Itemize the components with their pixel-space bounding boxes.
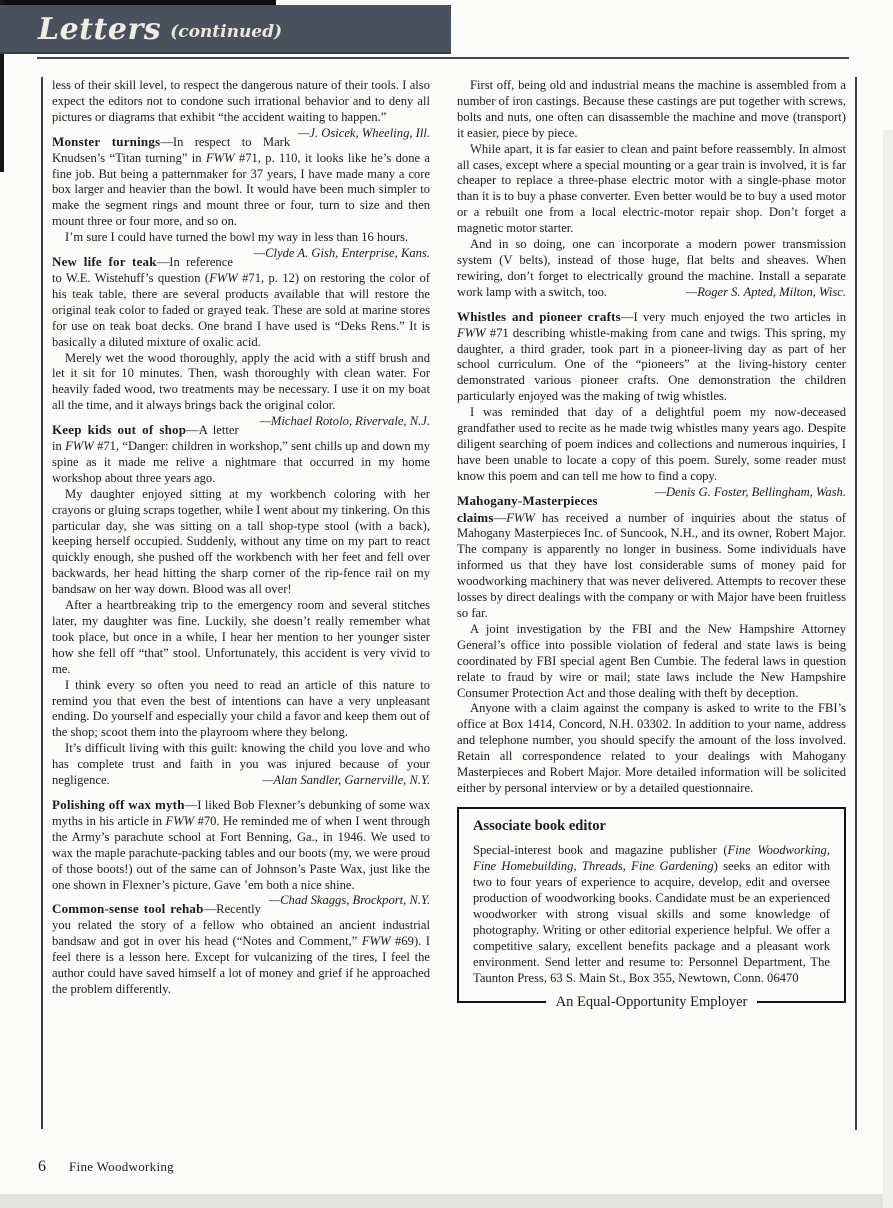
section-header-banner: Letters (continued): [0, 5, 451, 54]
letter-paragraph: Keep kids out of shop—A letter in FWW #7…: [52, 422, 430, 487]
letter-text: I was reminded that day of a delightful …: [457, 405, 846, 483]
job-ad-title: Associate book editor: [473, 818, 830, 835]
letter-paragraph: A joint investigation by the FBI and the…: [457, 622, 846, 702]
letter-paragraph: It’s difficult living with this guilt: k…: [52, 741, 430, 789]
letter-paragraph: First off, being old and industrial mean…: [457, 78, 846, 142]
letter-heading: New life for teak: [52, 254, 157, 269]
letters-content: less of their skill level, to respect th…: [52, 78, 846, 1006]
letter-signature: —Chad Skaggs, Brockport, N.Y.: [261, 893, 430, 909]
letter-signature: —Michael Rotolo, Rivervale, N.J.: [239, 414, 430, 430]
letter-keep-kids-out-of-shop: Keep kids out of shop—A letter in FWW #7…: [52, 422, 430, 789]
letter-paragraph: After a heartbreaking trip to the emerge…: [52, 598, 430, 678]
page-footer: 6 Fine Woodworking: [38, 1158, 174, 1176]
letter-paragraph: Anyone with a claim against the company …: [457, 701, 846, 796]
letter-text: less of their skill level, to respect th…: [52, 78, 430, 124]
letter-paragraph: New life for teak—In reference to W.E. W…: [52, 254, 430, 350]
letter-whistles-and-pioneer-crafts: Whistles and pioneer crafts—I very much …: [457, 309, 846, 485]
letter-new-life-for-teak: New life for teak—In reference to W.E. W…: [52, 254, 430, 414]
letter-heading: Whistles and pioneer crafts: [457, 309, 621, 324]
scan-edge-right: [883, 130, 893, 1208]
letter-paragraph: Whistles and pioneer crafts—I very much …: [457, 309, 846, 405]
section-title: Letters: [38, 15, 161, 45]
letter-text: —In reference to W.E. Wistehuff’s questi…: [52, 255, 430, 349]
job-ad-body: Special-interest book and magazine publi…: [473, 842, 830, 986]
letter-paragraph: less of their skill level, to respect th…: [52, 78, 430, 126]
job-ad-text: ) seeks an editor with two to four years…: [473, 859, 830, 985]
letter-text: —FWW has received a number of inquiries …: [457, 511, 846, 620]
letter-paragraph: I was reminded that day of a delightful …: [457, 405, 846, 485]
section-subtitle: (continued): [170, 18, 282, 41]
letter-paragraph: I’m sure I could have turned the bowl my…: [52, 230, 430, 246]
letter-signature: —Alan Sandler, Garnerville, N.Y.: [241, 773, 430, 789]
letter-signature: —Denis G. Foster, Bellingham, Wash.: [634, 485, 846, 501]
letter-text: After a heartbreaking trip to the emerge…: [52, 598, 430, 676]
letter-paragraph: Mahogany-Masterpieces claims—FWW has rec…: [457, 493, 846, 622]
letter-signature: —Roger S. Apted, Milton, Wisc.: [665, 285, 846, 301]
letter-monster-turnings: Monster turnings—In respect to Mark Knud…: [52, 134, 430, 246]
letter-text: Merely wet the wood thoroughly, apply th…: [52, 351, 430, 413]
letter-heading: Monster turnings: [52, 134, 160, 149]
letter-common-sense-tool-rehab: Common-sense tool rehab—Recently you rel…: [52, 901, 430, 997]
letter-continuation: less of their skill level, to respect th…: [52, 78, 430, 126]
letter-paragraph: Merely wet the wood thoroughly, apply th…: [52, 351, 430, 415]
letter-tool-rehab-continuation: First off, being old and industrial mean…: [457, 78, 846, 301]
letter-text: My daughter enjoyed sitting at my workbe…: [52, 487, 430, 596]
right-column-rule: [855, 77, 857, 1130]
letter-text: —Recently you related the story of a fel…: [52, 902, 430, 996]
letter-paragraph: I think every so often you need to read …: [52, 678, 430, 742]
magazine-title: Fine Woodworking: [69, 1159, 174, 1175]
column-right: First off, being old and industrial mean…: [457, 78, 846, 1006]
page-number: 6: [38, 1158, 46, 1176]
job-ad-footer: An Equal-Opportunity Employer: [459, 993, 844, 1011]
letter-paragraph: My daughter enjoyed sitting at my workbe…: [52, 487, 430, 598]
letter-text: Anyone with a claim against the company …: [457, 701, 846, 795]
letter-text: A joint investigation by the FBI and the…: [457, 622, 846, 700]
left-column-rule: [41, 77, 43, 1129]
scan-edge-bottom: [0, 1194, 893, 1208]
letter-polishing-off-wax-myth: Polishing off wax myth—I liked Bob Flexn…: [52, 797, 430, 893]
letter-text: First off, being old and industrial mean…: [457, 78, 846, 140]
letter-text: While apart, it is far easier to clean a…: [457, 142, 846, 236]
letter-mahogany-masterpieces-claims: Mahogany-Masterpieces claims—FWW has rec…: [457, 493, 846, 797]
letter-signature: —J. Osicek, Wheeling, Ill.: [290, 126, 430, 142]
magazine-page: { "header": { "title": "Letters", "subti…: [0, 0, 893, 1208]
job-ad-text: Special-interest book and magazine publi…: [473, 843, 728, 857]
letter-text: I think every so often you need to read …: [52, 678, 430, 740]
letter-heading: Keep kids out of shop: [52, 422, 186, 437]
letter-text: I’m sure I could have turned the bowl my…: [65, 230, 408, 244]
equal-opportunity-label: An Equal-Opportunity Employer: [546, 994, 758, 1010]
letter-paragraph: Monster turnings—In respect to Mark Knud…: [52, 134, 430, 230]
job-ad-box: Associate book editor Special-interest b…: [457, 807, 846, 1003]
column-left: less of their skill level, to respect th…: [52, 78, 430, 1006]
letter-signature: —Clyde A. Gish, Enterprise, Kans.: [233, 246, 430, 262]
header-divider: [37, 57, 849, 59]
letter-paragraph: While apart, it is far easier to clean a…: [457, 142, 846, 237]
letter-paragraph: Common-sense tool rehab—Recently you rel…: [52, 901, 430, 997]
letter-paragraph: And in so doing, one can incorporate a m…: [457, 237, 846, 301]
letter-heading: Polishing off wax myth: [52, 797, 185, 812]
letter-heading: Common-sense tool rehab: [52, 901, 204, 916]
letter-paragraph: Polishing off wax myth—I liked Bob Flexn…: [52, 797, 430, 893]
